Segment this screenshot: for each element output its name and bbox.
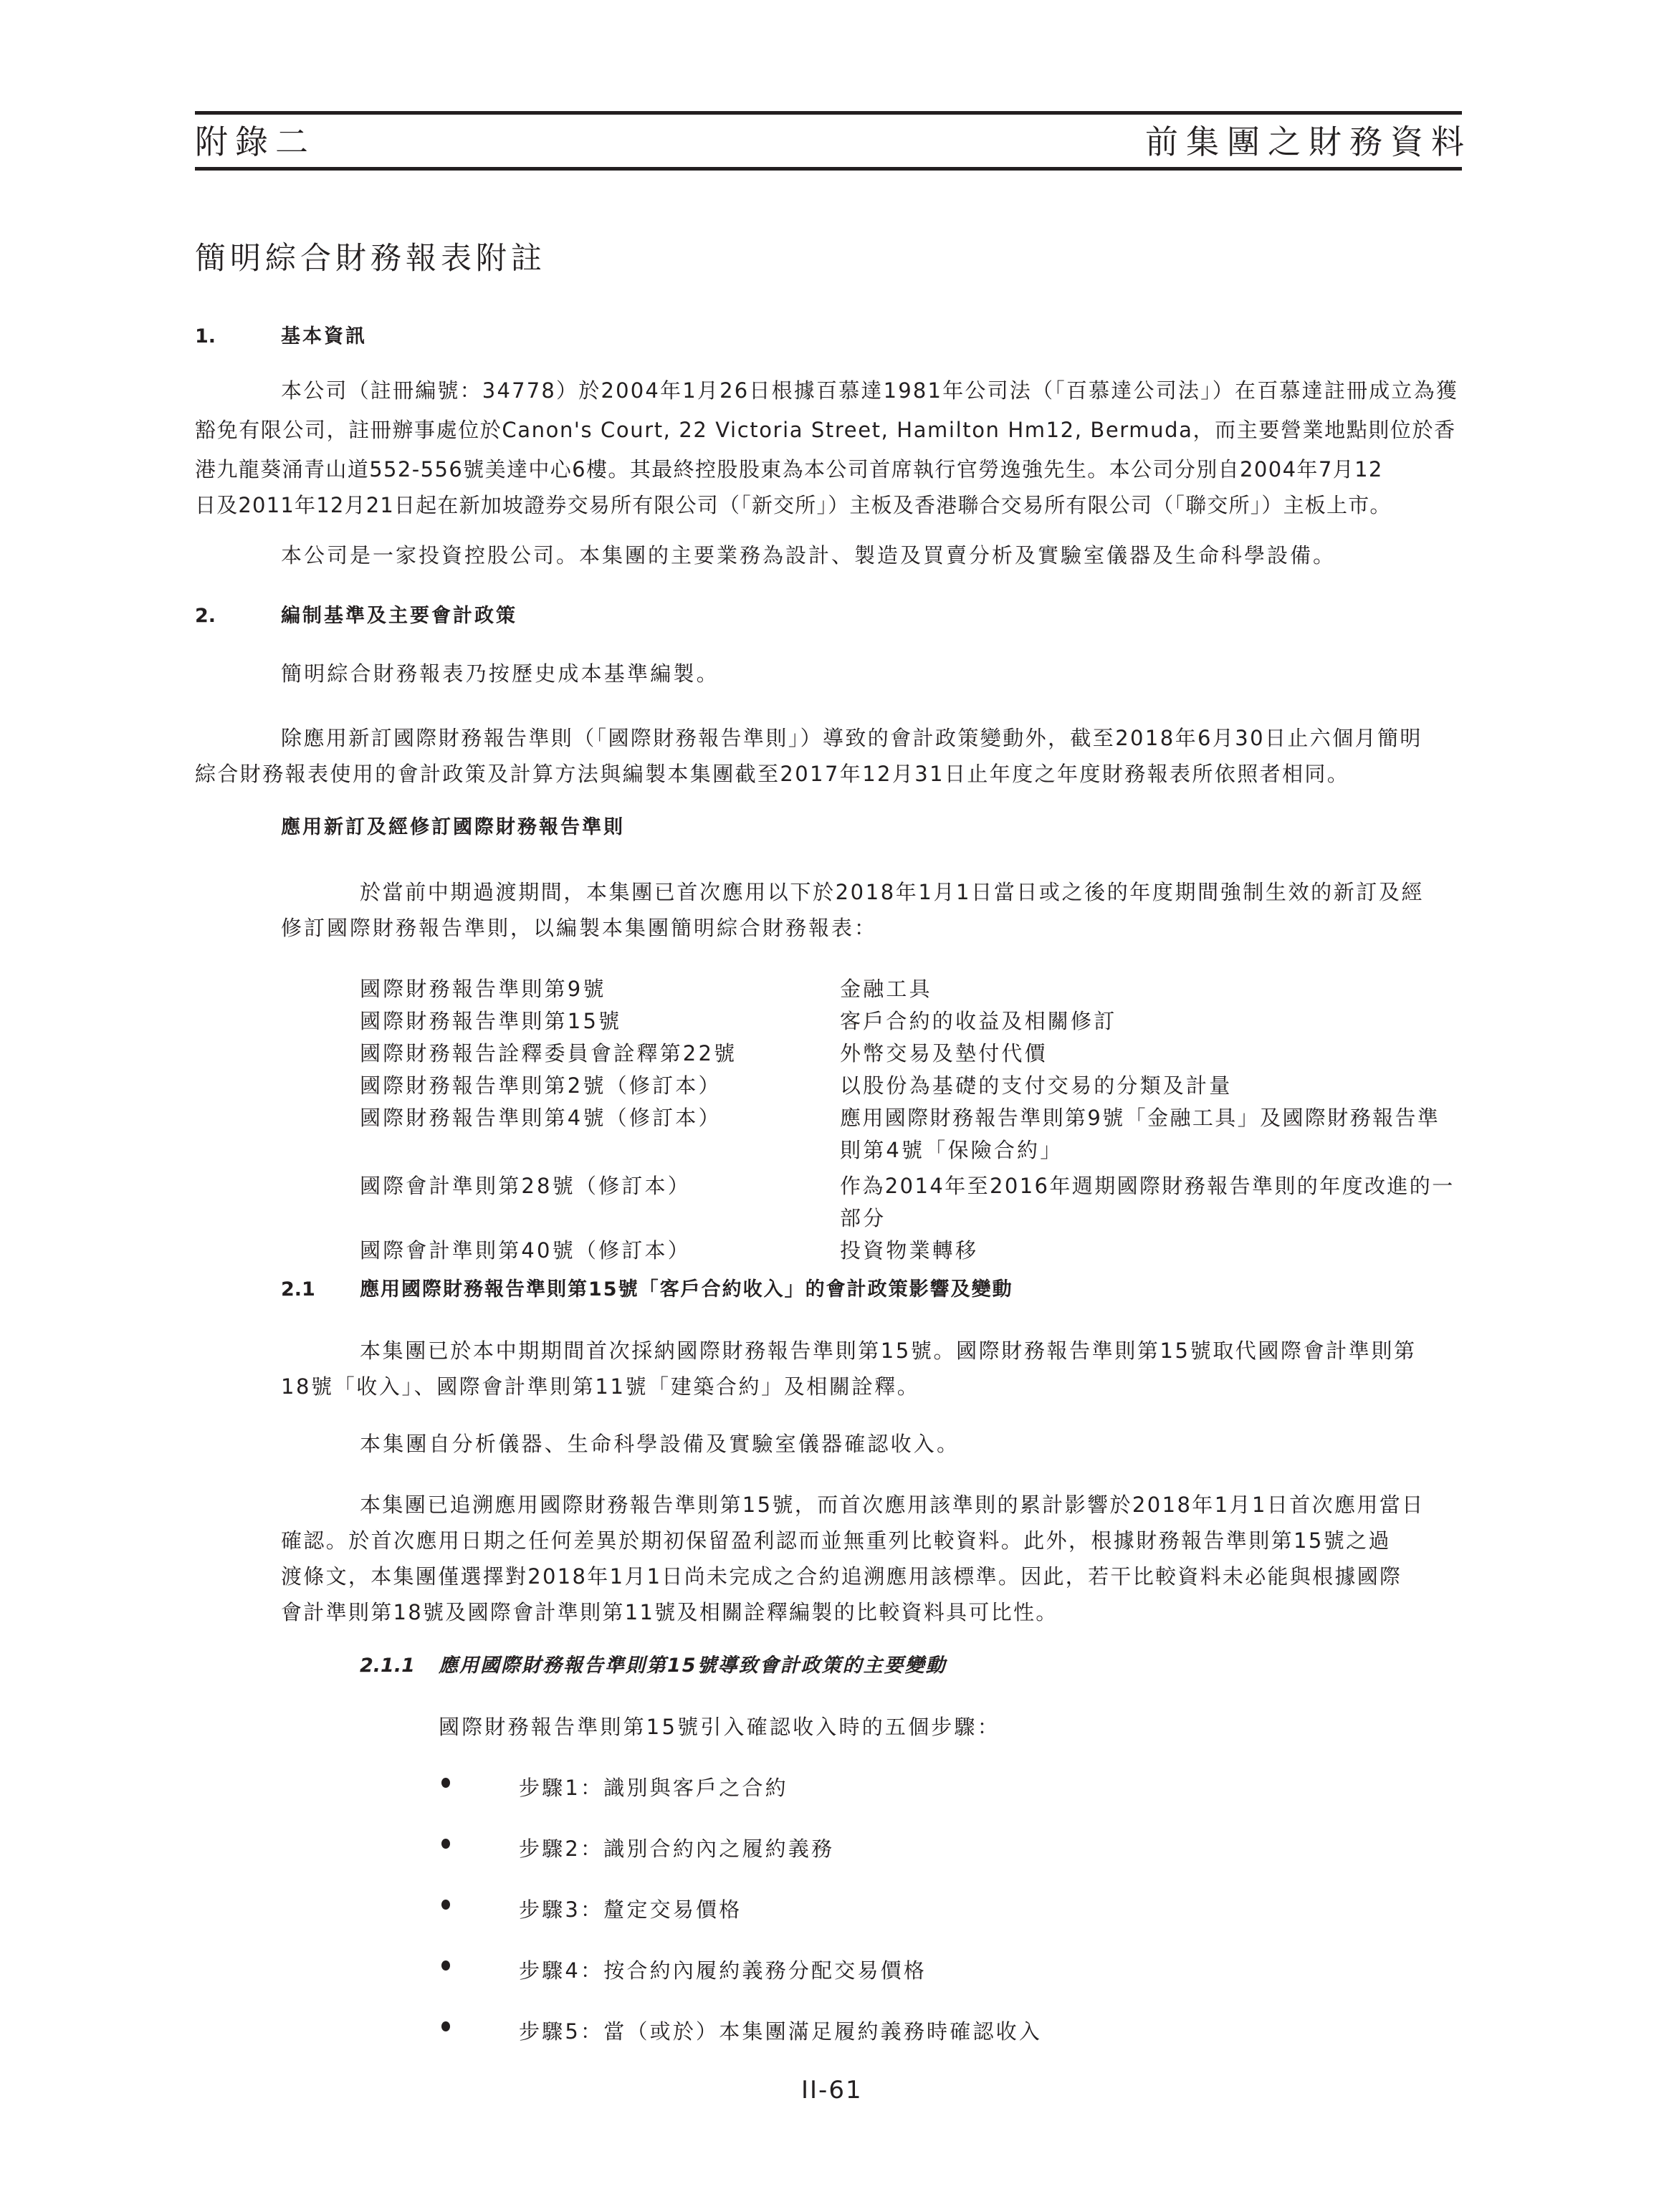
list-item: 步驟5：當（或於）本集團滿足履約義務時確認收入 <box>519 2019 1042 2044</box>
standard-name: 國際財務報告準則第2號（修訂本） <box>360 1073 722 1098</box>
header-bottom-rule <box>195 167 1462 171</box>
section-1-number: 1. <box>195 325 216 349</box>
standard-description: 以股份為基礎的支付交易的分類及計量 <box>840 1073 1232 1098</box>
section-2-1-1-intro: 國際財務報告準則第15號引入確認收入時的五個步驟： <box>439 1715 1000 1739</box>
page-title: 簡明綜合財務報表附註 <box>195 239 546 279</box>
section-1-para1-line4: 日及2011年12月21日起在新加坡證券交易所有限公司（「新交所」）主板及香港聯… <box>195 493 1392 517</box>
standard-description-cont: 則第4號「保險合約」 <box>840 1138 1063 1162</box>
standard-description: 應用國際財務報告準則第9號「金融工具」及國際財務報告準 <box>840 1106 1440 1130</box>
bullet-icon <box>441 1839 450 1849</box>
section-1-para1-line1: 本公司（註冊編號：34778）於2004年1月26日根據百慕達1981年公司法（… <box>281 378 1458 403</box>
section-2-subheading: 應用新訂及經修訂國際財務報告準則 <box>281 815 625 840</box>
section-2-para2-line1: 除應用新訂國際財務報告準則（「國際財務報告準則」）導致的會計政策變動外，截至20… <box>281 726 1423 750</box>
standard-name: 國際會計準則第28號（修訂本） <box>360 1174 691 1198</box>
standard-name: 國際財務報告準則第15號 <box>360 1009 621 1033</box>
section-2-para3-line1: 於當前中期過渡期間，本集團已首次應用以下於2018年1月1日當日或之後的年度期間… <box>360 880 1424 904</box>
section-2-1-title: 應用國際財務報告準則第15號「客戶合約收入」的會計政策影響及變動 <box>360 1278 1013 1302</box>
section-2-1-1-title: 應用國際財務報告準則第15號導致會計政策的主要變動 <box>439 1654 947 1678</box>
section-1-para1-line3: 港九龍葵涌青山道552-556號美達中心6樓。其最終控股股東為本公司首席執行官勞… <box>195 457 1383 482</box>
section-2-1-1-number: 2.1.1 <box>360 1654 415 1678</box>
section-2-1-number: 2.1 <box>281 1278 315 1302</box>
standard-description: 客戶合約的收益及相關修訂 <box>840 1009 1117 1033</box>
standard-name: 國際財務報告準則第4號（修訂本） <box>360 1106 722 1130</box>
section-1-para1-line2: 豁免有限公司，註冊辦事處位於Canon's Court, 22 Victoria… <box>195 418 1456 442</box>
header-top-rule <box>195 111 1462 115</box>
list-item: 步驟4：按合約內履約義務分配交易價格 <box>519 1958 927 1983</box>
standard-description-cont: 部分 <box>840 1206 886 1230</box>
section-1-para2: 本公司是一家投資控股公司。本集團的主要業務為設計、製造及買賣分析及實驗室儀器及生… <box>281 543 1336 568</box>
section-1-title: 基本資訊 <box>281 325 367 349</box>
bullet-icon <box>441 1960 450 1971</box>
section-2-para1: 簡明綜合財務報表乃按歷史成本基準編製。 <box>281 661 719 686</box>
standard-description: 外幣交易及墊付代價 <box>840 1041 1048 1066</box>
section-2-title: 編制基準及主要會計政策 <box>281 604 517 628</box>
standard-name: 國際財務報告詮釋委員會詮釋第22號 <box>360 1041 737 1066</box>
list-item: 步驟2：識別合約內之履約義務 <box>519 1837 834 1861</box>
section-2-1-para2: 本集團自分析儀器、生命科學設備及實驗室儀器確認收入。 <box>360 1432 960 1456</box>
list-item: 步驟3：釐定交易價格 <box>519 1897 742 1922</box>
header-section-title: 前集團之財務資料 <box>1145 120 1472 163</box>
section-2-para3-line2: 修訂國際財務報告準則，以編製本集團簡明綜合財務報表： <box>281 916 877 940</box>
standard-name: 國際會計準則第40號（修訂本） <box>360 1238 691 1263</box>
bullet-icon <box>441 2021 450 2031</box>
standard-name: 國際財務報告準則第9號 <box>360 977 606 1001</box>
list-item: 步驟1：識別與客戶之合約 <box>519 1776 788 1800</box>
standard-description: 作為2014年至2016年週期國際財務報告準則的年度改進的一 <box>840 1174 1455 1198</box>
section-2-1-para3-line2: 確認。於首次應用日期之任何差異於期初保留盈利認而並無重列比較資料。此外，根據財務… <box>281 1528 1391 1553</box>
section-2-para2-line2: 綜合財務報表使用的會計政策及計算方法與編製本集團截至2017年12月31日止年度… <box>195 762 1349 786</box>
page-number: II-61 <box>801 2076 863 2105</box>
section-2-1-para1-line1: 本集團已於本中期期間首次採納國際財務報告準則第15號。國際財務報告準則第15號取… <box>360 1339 1417 1363</box>
section-2-1-para3-line1: 本集團已追溯應用國際財務報告準則第15號，而首次應用該準則的累計影響於2018年… <box>360 1493 1425 1517</box>
header-appendix-label: 附錄二 <box>195 120 315 163</box>
standard-description: 金融工具 <box>840 977 932 1001</box>
section-2-1-para3-line4: 會計準則第18號及國際會計準則第11號及相關詮釋編製的比較資料具可比性。 <box>281 1600 1058 1624</box>
standard-description: 投資物業轉移 <box>840 1238 978 1263</box>
section-2-number: 2. <box>195 604 216 628</box>
bullet-icon <box>441 1778 450 1788</box>
section-2-1-para3-line3: 渡條文，本集團僅選擇對2018年1月1日尚未完成之合約追溯應用該標準。因此，若干… <box>281 1564 1402 1589</box>
section-2-1-para1-line2: 18號「收入」、國際會計準則第11號「建築合約」及相關詮釋。 <box>281 1374 919 1399</box>
bullet-icon <box>441 1900 450 1910</box>
